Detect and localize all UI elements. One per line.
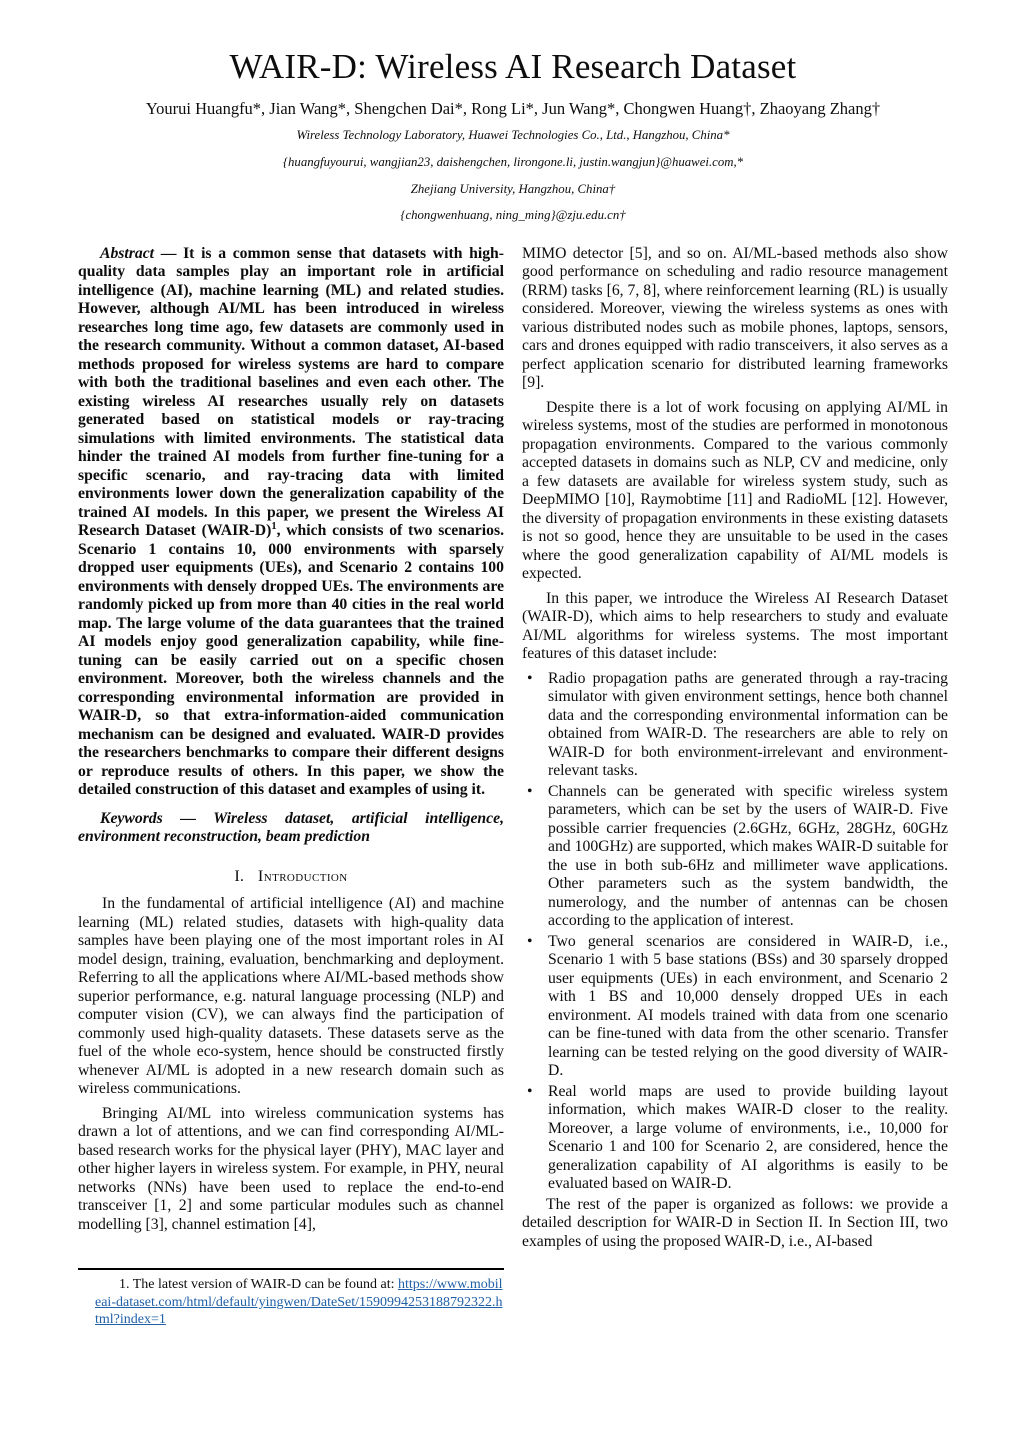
- two-column-body: Abstract — It is a common sense that dat…: [78, 245, 948, 1339]
- affiliation-line-2: {huangfuyourui, wangjian23, daishengchen…: [78, 155, 948, 170]
- bullet-text: Radio propagation paths are generated th…: [548, 670, 948, 780]
- keywords-paragraph: Keywords — Wireless dataset, artificial …: [78, 810, 504, 847]
- abstract-text-1: — It is a common sense that datasets wit…: [78, 245, 504, 540]
- bullet-dot-icon: •: [527, 1083, 533, 1102]
- left-column: Abstract — It is a common sense that dat…: [78, 245, 504, 1339]
- section-title: Introduction: [258, 866, 348, 885]
- bullet-dot-icon: •: [527, 933, 533, 952]
- intro-paragraph-2: Bringing AI/ML into wireless communicati…: [78, 1105, 504, 1235]
- footnote-number: 1.: [119, 1277, 130, 1292]
- keywords-label: Keywords: [100, 810, 163, 827]
- bullet-item-real-world-maps: •Real world maps are used to provide bui…: [522, 1083, 948, 1194]
- footnote-body: The latest version of WAIR-D can be foun…: [130, 1277, 399, 1292]
- footnote: 1. The latest version of WAIR-D can be f…: [78, 1268, 504, 1339]
- bullet-item-channels: •Channels can be generated with specific…: [522, 783, 948, 931]
- bullet-item-scenarios: •Two general scenarios are considered in…: [522, 933, 948, 1081]
- abstract-label: Abstract: [100, 245, 154, 262]
- affiliation-line-4: {chongwenhuang, ning_ming}@zju.edu.cn†: [78, 208, 948, 223]
- page-title: WAIR-D: Wireless AI Research Dataset: [78, 46, 948, 87]
- footnote-text: 1. The latest version of WAIR-D can be f…: [78, 1276, 504, 1329]
- body-paragraph-organization: The rest of the paper is organized as fo…: [522, 1196, 948, 1252]
- section-heading-introduction: I.Introduction: [78, 867, 504, 886]
- paper-page: WAIR-D: Wireless AI Research Dataset You…: [0, 0, 1024, 1448]
- body-paragraph-continuation: MIMO detector [5], and so on. AI/ML-base…: [522, 245, 948, 393]
- authors-line: Yourui Huangfu*, Jian Wang*, Shengchen D…: [78, 99, 948, 119]
- body-paragraph-features-intro: In this paper, we introduce the Wireless…: [522, 590, 948, 664]
- bullet-text: Channels can be generated with specific …: [548, 783, 948, 930]
- right-column: MIMO detector [5], and so on. AI/ML-base…: [522, 245, 948, 1339]
- abstract-paragraph: Abstract — It is a common sense that dat…: [78, 245, 504, 800]
- affiliation-line-3: Zhejiang University, Hangzhou, China†: [78, 182, 948, 197]
- body-paragraph-despite: Despite there is a lot of work focusing …: [522, 399, 948, 584]
- bullet-text: Two general scenarios are considered in …: [548, 933, 948, 1080]
- section-number: I.: [234, 866, 244, 885]
- intro-paragraph-1: In the fundamental of artificial intelli…: [78, 895, 504, 1099]
- affiliation-line-1: Wireless Technology Laboratory, Huawei T…: [78, 128, 948, 143]
- bullet-dot-icon: •: [527, 783, 533, 802]
- bullet-text: Real world maps are used to provide buil…: [548, 1083, 948, 1193]
- bullet-dot-icon: •: [527, 670, 533, 689]
- bullet-item-ray-tracing: •Radio propagation paths are generated t…: [522, 670, 948, 781]
- abstract-text-2: , which consists of two scenarios. Scena…: [78, 522, 504, 798]
